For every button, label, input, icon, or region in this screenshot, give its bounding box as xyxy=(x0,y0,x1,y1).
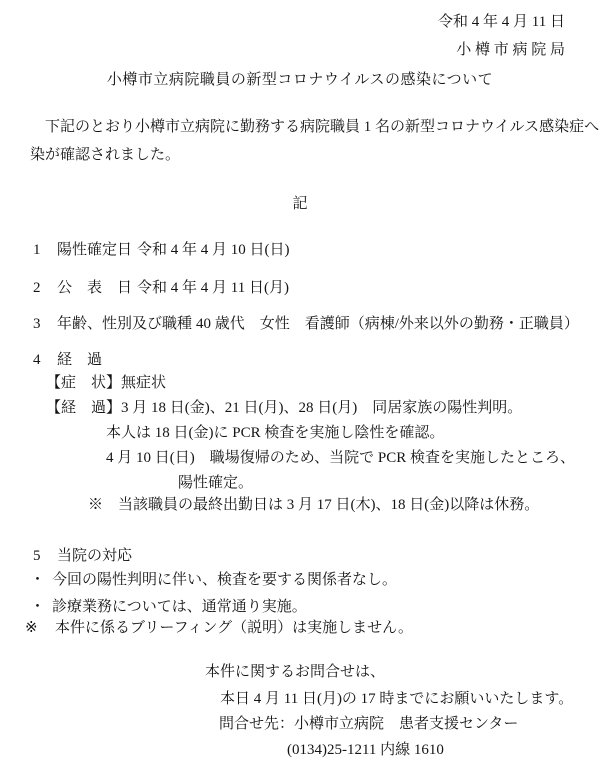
item-number: 2 xyxy=(33,277,57,299)
response-bullet-1: ・ 今回の陽性判明に伴い、検査を要する関係者なし。 xyxy=(30,569,397,591)
press-release-page: 令和 4 年 4 月 11 日 小 樽 市 病 院 局 小樽市立病院職員の新型コ… xyxy=(0,0,600,766)
item-label: 公 表 日 xyxy=(57,277,137,299)
footer-contact-line3: 問合せ先：小樽市立病院 患者支援センター xyxy=(219,713,518,735)
item-label: 当院の対応 xyxy=(57,545,132,567)
response-bullet-2: ・ 診療業務については、通常通り実施。 xyxy=(30,596,307,618)
item-hospital-response: 5 当院の対応 xyxy=(33,545,132,567)
document-date: 令和 4 年 4 月 11 日 xyxy=(438,11,565,33)
item-label: 陽性確定日 xyxy=(57,239,137,261)
footer-phone-number: (0134)25-1211 内線 1610 xyxy=(287,739,444,761)
item-number: 1 xyxy=(33,239,57,261)
bullet-mark: ・ xyxy=(30,569,52,591)
item-number: 5 xyxy=(33,545,57,567)
item-value: 令和 4 年 4 月 11 日(月) xyxy=(137,277,289,299)
progress-course-line1: 【経 過】3 月 18 日(金)、21 日(月)、28 日(月) 同居家族の陽性… xyxy=(46,397,522,419)
item-progress: 4 経 過 xyxy=(33,349,102,371)
note-mark: ※ xyxy=(25,617,55,639)
intro-paragraph-line2: 染が確認されました。 xyxy=(30,144,180,166)
progress-symptom: 【症 状】無症状 xyxy=(46,372,166,394)
record-mark: 記 xyxy=(0,193,600,215)
note-text: 本件に係るブリーフィング（説明）は実施しません。 xyxy=(55,617,413,639)
bullet-text: 診療業務については、通常通り実施。 xyxy=(52,596,307,618)
footer-contact-line1: 本件に関するお問合せは、 xyxy=(205,661,385,683)
item-label: 年齢、性別及び職種 xyxy=(57,313,192,335)
progress-note: ※ 当該職員の最終出勤日は 3 月 17 日(木)、18 日(金)以降は休務。 xyxy=(88,494,539,516)
item-positive-date: 1 陽性確定日 令和 4 年 4 月 10 日(日) xyxy=(33,239,290,261)
issuing-bureau: 小 樽 市 病 院 局 xyxy=(456,39,565,61)
progress-course-line4: 陽性確定。 xyxy=(178,472,253,494)
item-value: 40 歳代 女性 看護師（病棟/外来以外の勤務・正職員） xyxy=(196,313,579,335)
response-note: ※ 本件に係るブリーフィング（説明）は実施しません。 xyxy=(25,617,413,639)
document-title: 小樽市立病院職員の新型コロナウイルスの感染について xyxy=(0,69,600,91)
item-announcement-date: 2 公 表 日 令和 4 年 4 月 11 日(月) xyxy=(33,277,289,299)
bullet-text: 今回の陽性判明に伴い、検査を要する関係者なし。 xyxy=(52,569,397,591)
progress-course-line3: 4 月 10 日(日) 職場復帰のため、当院で PCR 検査を実施したところ、 xyxy=(106,447,575,469)
item-number: 3 xyxy=(33,313,57,335)
item-label: 経 過 xyxy=(57,349,102,371)
footer-contact-line2: 本日 4 月 11 日(月)の 17 時までにお願いいたします。 xyxy=(220,688,573,710)
progress-course-line2: 本人は 18 日(金)に PCR 検査を実施し陰性を確認。 xyxy=(106,422,444,444)
item-age-sex-occupation: 3 年齢、性別及び職種 40 歳代 女性 看護師（病棟/外来以外の勤務・正職員） xyxy=(33,313,579,335)
item-value: 令和 4 年 4 月 10 日(日) xyxy=(137,239,290,261)
item-number: 4 xyxy=(33,349,57,371)
intro-paragraph-line1: 下記のとおり小樽市立病院に勤務する病院職員 1 名の新型コロナウイルス感染症への… xyxy=(30,116,600,138)
bullet-mark: ・ xyxy=(30,596,52,618)
